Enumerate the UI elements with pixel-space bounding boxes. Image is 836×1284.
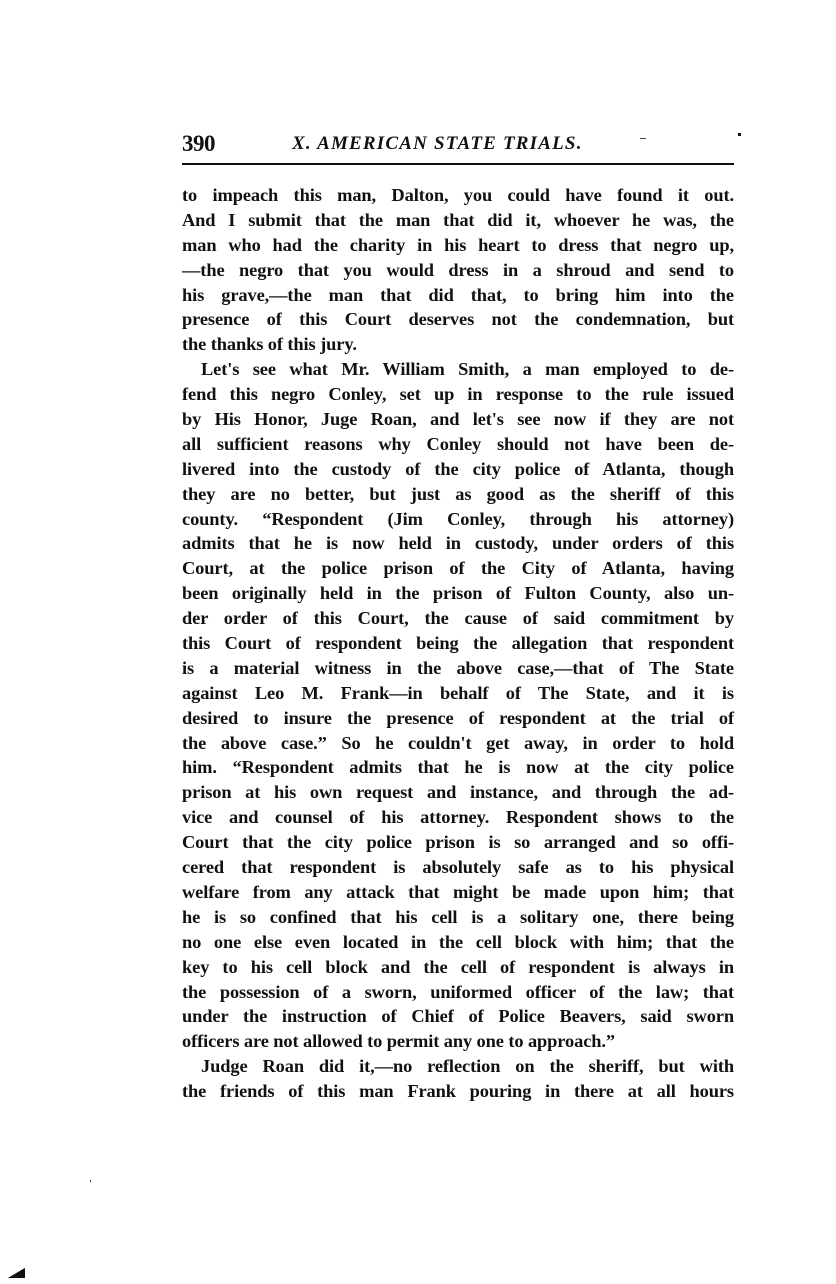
page-number: 390	[182, 131, 215, 157]
text-line: presence of this Court deserves not the …	[182, 307, 734, 332]
text-line: man who had the charity in his heart to …	[182, 233, 734, 258]
text-line: cered that respondent is absolutely safe…	[182, 855, 734, 880]
header-rule	[182, 163, 734, 165]
paragraph-start-line: Let's see what Mr. William Smith, a man …	[182, 357, 734, 382]
text-line: him. “Respondent admits that he is now a…	[182, 755, 734, 780]
text-line: he is so confined that his cell is a sol…	[182, 905, 734, 930]
text-line: county. “Respondent (Jim Conley, through…	[182, 507, 734, 532]
text-line: vice and counsel of his attorney. Respon…	[182, 805, 734, 830]
text-line: been originally held in the prison of Fu…	[182, 581, 734, 606]
paragraph-start-line: Judge Roan did it,—no reflection on the …	[182, 1054, 734, 1079]
text-line: fend this negro Conley, set up in respon…	[182, 382, 734, 407]
text-line: desired to insure the presence of respon…	[182, 706, 734, 731]
text-line: And I submit that the man that did it, w…	[182, 208, 734, 233]
scan-artifact	[640, 138, 646, 139]
text-line: welfare from any attack that might be ma…	[182, 880, 734, 905]
text-line: key to his cell block and the cell of re…	[182, 955, 734, 980]
text-line: is a material witness in the above case,…	[182, 656, 734, 681]
text-line: to impeach this man, Dalton, you could h…	[182, 183, 734, 208]
text-line: no one else even located in the cell blo…	[182, 930, 734, 955]
text-line: Court, at the police prison of the City …	[182, 556, 734, 581]
text-line: —the negro that you would dress in a shr…	[182, 258, 734, 283]
scan-artifact	[8, 1268, 25, 1278]
text-line: under the instruction of Chief of Police…	[182, 1004, 734, 1029]
text-line: his grave,—the man that did that, to bri…	[182, 283, 734, 308]
text-line: the friends of this man Frank pouring in…	[182, 1079, 734, 1104]
text-line: admits that he is now held in custody, u…	[182, 531, 734, 556]
text-line: livered into the custody of the city pol…	[182, 457, 734, 482]
text-line: prison at his own request and instance, …	[182, 780, 734, 805]
text-line: by His Honor, Juge Roan, and let's see n…	[182, 407, 734, 432]
text-line: the thanks of this jury.	[182, 332, 734, 357]
body-text: to impeach this man, Dalton, you could h…	[182, 183, 734, 1104]
text-line: this Court of respondent being the alleg…	[182, 631, 734, 656]
scan-artifact	[90, 1180, 91, 1182]
text-line: they are no better, but just as good as …	[182, 482, 734, 507]
text-line: Court that the city police prison is so …	[182, 830, 734, 855]
text-line: officers are not allowed to permit any o…	[182, 1029, 734, 1054]
text-line: all sufficient reasons why Conley should…	[182, 432, 734, 457]
text-line: the possession of a sworn, uniformed off…	[182, 980, 734, 1005]
text-line: the above case.” So he couldn't get away…	[182, 731, 734, 756]
page-header: 390 X. AMERICAN STATE TRIALS.	[182, 131, 734, 163]
text-line: der order of this Court, the cause of sa…	[182, 606, 734, 631]
running-title: X. AMERICAN STATE TRIALS.	[292, 133, 583, 155]
scan-artifact	[738, 133, 741, 136]
text-line: against Leo M. Frank—in behalf of The St…	[182, 681, 734, 706]
